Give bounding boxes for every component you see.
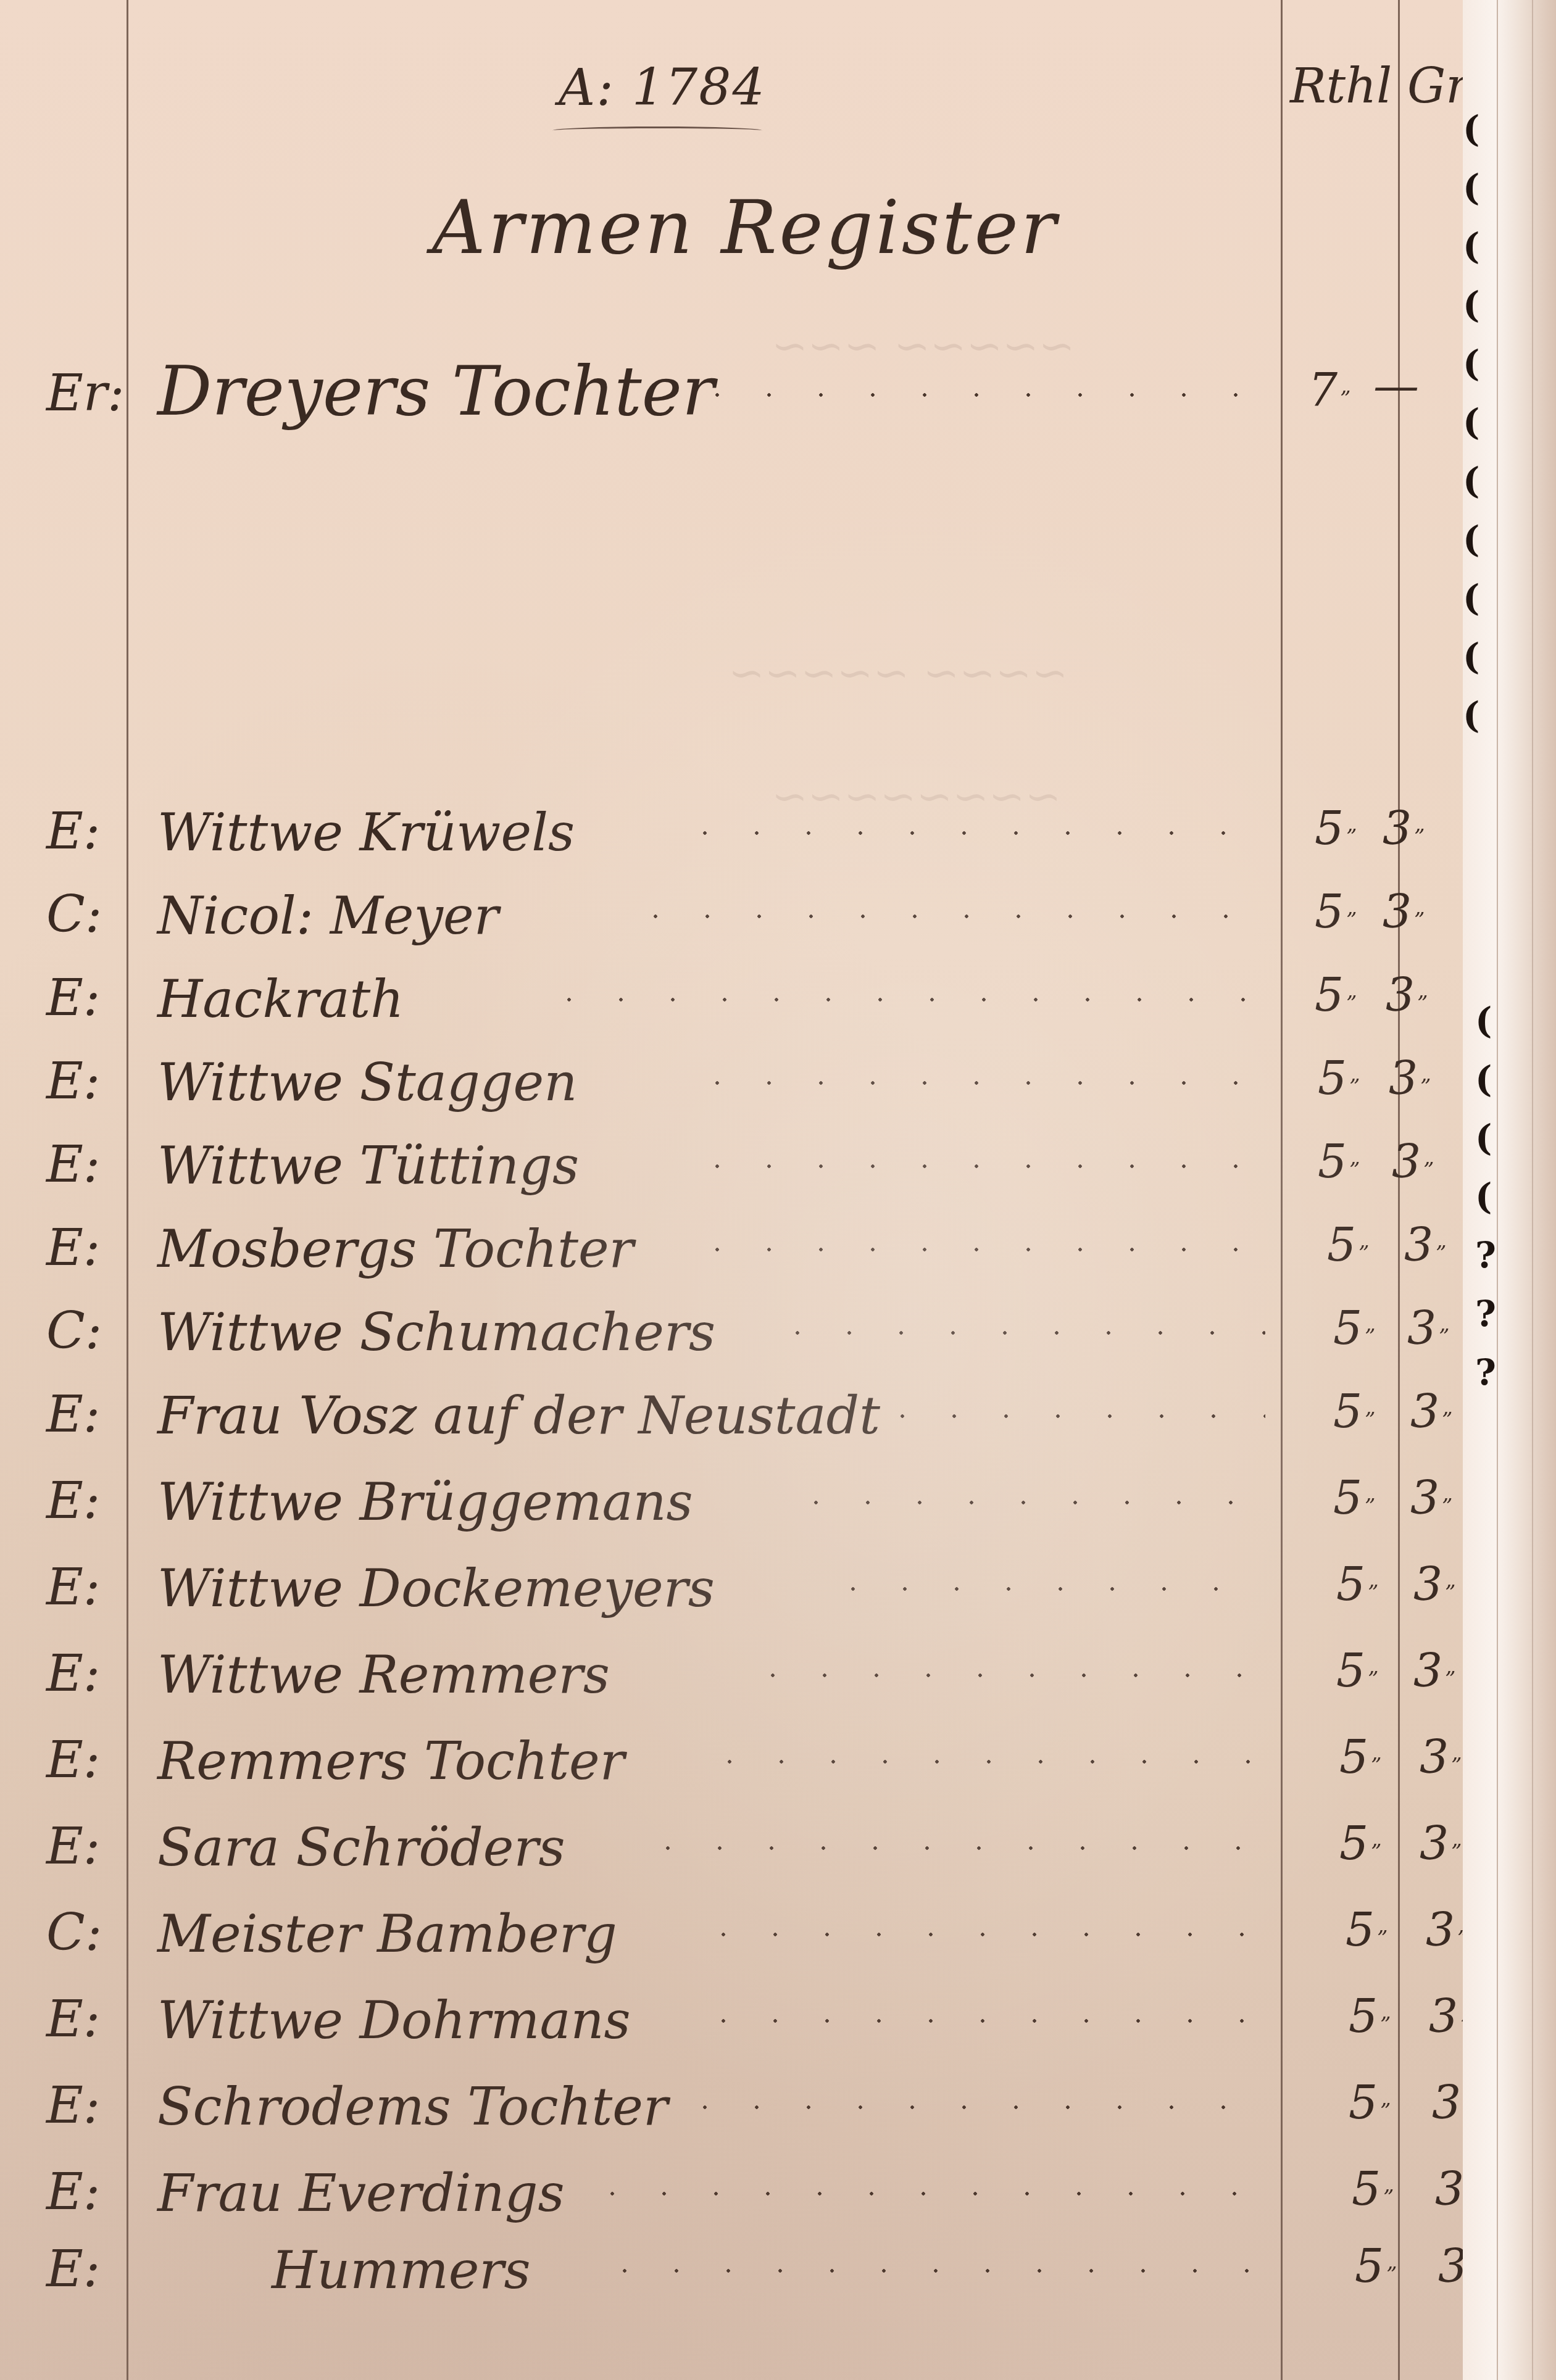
entry-name: Schrodems Tochter <box>157 2076 668 2137</box>
entry-rthl: 5” <box>1318 1135 1360 1188</box>
leader-dots <box>790 1500 1265 1505</box>
entry-name: Wittwe Dohrmans <box>157 1990 631 2050</box>
currency-column-heading: Rthl Gr <box>1290 59 1469 114</box>
adjacent-page-mark: ( <box>1463 111 1479 147</box>
entry-gr: 3” <box>1392 1135 1434 1188</box>
entry-name: Hummers <box>272 2240 531 2300</box>
entry-gr: 3” <box>1420 1731 1462 1784</box>
entry-prefix: C: <box>46 1904 102 1962</box>
entry-name: Sara Schröders <box>157 1817 565 1878</box>
entry-rthl: 7” <box>1308 364 1350 417</box>
entry-name: Wittwe Schumachers <box>157 1302 715 1362</box>
entry-name: Nicol: Meyer <box>157 885 499 946</box>
adjacent-page-mark: ( <box>1475 1061 1492 1097</box>
entry-rthl: 5” <box>1318 1052 1360 1105</box>
leader-dots <box>876 1414 1265 1419</box>
leader-dots <box>704 1759 1265 1764</box>
adjacent-page-mark: ( <box>1463 697 1479 733</box>
entry-prefix: E: <box>46 1385 101 1444</box>
entry-prefix: E: <box>46 1052 101 1111</box>
entry-rthl: 5” <box>1346 1904 1388 1957</box>
adjacent-page-mark: ( <box>1463 170 1479 205</box>
entry-prefix: Er: <box>46 364 125 423</box>
leader-dots <box>543 997 1265 1002</box>
entry-rthl: 5” <box>1315 802 1357 855</box>
entry-rthl: 5” <box>1336 1558 1378 1611</box>
adjacent-page-mark: ? <box>1475 1354 1496 1390</box>
entry-name: Frau Vosz auf der Neustadt <box>157 1385 880 1446</box>
entry-name: Mosbergs Tochter <box>157 1219 634 1279</box>
entry-gr: 3” <box>1407 1302 1449 1355</box>
adjacent-page-mark: ( <box>1463 228 1479 264</box>
leader-dots <box>691 392 1247 397</box>
entry-name: Frau Everdings <box>157 2163 565 2223</box>
entry-name: Wittwe Brüggemans <box>157 1472 693 1532</box>
page-title: Armen Register <box>432 185 1059 271</box>
entry-gr: 3” <box>1389 1052 1431 1105</box>
entry-rthl: 5” <box>1327 1219 1369 1272</box>
entry-gr: 3” <box>1413 1644 1455 1698</box>
adjacent-page-mark: ( <box>1475 1003 1492 1039</box>
entry-rthl: 5” <box>1339 1731 1381 1784</box>
leader-dots <box>691 1080 1265 1085</box>
adjacent-page-mark: ( <box>1463 521 1479 557</box>
adjacent-page-rule <box>1497 0 1498 2380</box>
leader-dots <box>599 2268 1265 2273</box>
leader-dots <box>691 1164 1265 1169</box>
entry-row: E:Remmers Tochter5”3” <box>0 1731 1463 1805</box>
entry-gr: 3” <box>1413 1558 1455 1611</box>
entry-gr: 3” <box>1404 1219 1446 1272</box>
entry-prefix: C: <box>46 885 102 944</box>
entry-row: E:Wittwe Brüggemans5”3” <box>0 1472 1463 1546</box>
year-heading: A: 1784 <box>559 59 766 117</box>
entry-rthl: 5” <box>1333 1472 1375 1525</box>
entry-row: E:Wittwe Staggen5”3” <box>0 1052 1463 1126</box>
entry-rthl: 5” <box>1333 1302 1375 1355</box>
adjacent-page-mark: ? <box>1475 1237 1496 1273</box>
leader-dots <box>772 1330 1265 1335</box>
entry-rthl: 5” <box>1349 1990 1391 2043</box>
entry-name: Wittwe Tüttings <box>157 1135 579 1196</box>
entry-row: C:Nicol: Meyer5”3” <box>0 885 1463 960</box>
leader-dots <box>679 831 1265 835</box>
entry-gr: 3” <box>1410 1472 1452 1525</box>
entry-gr: 3” <box>1383 885 1425 939</box>
entry-row: E:Wittwe Dohrmans5”3” <box>0 1990 1463 2064</box>
adjacent-page-mark: ( <box>1463 580 1479 616</box>
adjacent-page-mark: ( <box>1463 463 1479 499</box>
first-entry-row: Er: Dreyers Tochter 7” — <box>0 364 1463 438</box>
adjacent-page-edge: (((((((((((((((??? <box>1463 0 1556 2380</box>
entry-prefix: E: <box>46 1731 101 1789</box>
entry-name: Meister Bamberg <box>157 1904 617 1964</box>
entry-rthl: 5” <box>1352 2163 1394 2216</box>
year-underline <box>552 126 762 135</box>
ledger-page: ~~~~~ ~~~ ~~~~ ~~~~~ ~~~~~~~~ A: 1784 Ar… <box>0 0 1469 2380</box>
entry-prefix: E: <box>46 969 101 1027</box>
entry-row: E:Wittwe Dockemeyers5”3” <box>0 1558 1463 1632</box>
entry-name: Wittwe Staggen <box>157 1052 577 1113</box>
entry-prefix: C: <box>46 1302 102 1361</box>
entry-prefix: E: <box>46 2163 101 2221</box>
adjacent-page-mark: ( <box>1475 1179 1492 1214</box>
entry-row: C:Meister Bamberg5”3” <box>0 1904 1463 1978</box>
adjacent-page-mark: ? <box>1475 1296 1496 1332</box>
entry-rthl: 5” <box>1339 1817 1381 1870</box>
entry-prefix: E: <box>46 1135 101 1194</box>
leader-dots <box>691 1247 1265 1252</box>
entry-prefix: E: <box>46 802 101 861</box>
entry-row: E:Wittwe Krüwels5”3” <box>0 802 1463 876</box>
leader-dots <box>827 1586 1265 1591</box>
entry-prefix: E: <box>46 1558 101 1617</box>
entry-rthl: 5” <box>1355 2240 1397 2293</box>
entry-rthl: 5” <box>1336 1644 1378 1698</box>
entry-row: C:Wittwe Schumachers5”3” <box>0 1302 1463 1376</box>
adjacent-page-mark: ( <box>1463 287 1479 323</box>
leader-dots <box>697 2018 1265 2023</box>
entry-prefix: E: <box>46 1472 101 1530</box>
adjacent-page-mark: ( <box>1463 639 1479 674</box>
leader-dots <box>747 1673 1265 1678</box>
entry-gr: 3” <box>1420 1817 1462 1870</box>
entry-gr: 3” <box>1410 1385 1452 1438</box>
entry-prefix: E: <box>46 2240 101 2299</box>
entry-name: Wittwe Remmers <box>157 1644 610 1705</box>
entry-row: E:Mosbergs Tochter5”3” <box>0 1219 1463 1293</box>
adjacent-page-mark: ( <box>1463 404 1479 440</box>
entry-rthl: 5” <box>1315 969 1357 1022</box>
entry-prefix: E: <box>46 1219 101 1277</box>
entry-gr: 3” <box>1386 969 1428 1022</box>
entry-row: E:Wittwe Remmers5”3” <box>0 1644 1463 1719</box>
adjacent-page-mark: ( <box>1463 346 1479 381</box>
entry-prefix: E: <box>46 1817 101 1876</box>
leader-dots <box>642 1846 1265 1851</box>
entry-name: Hackrath <box>157 969 404 1029</box>
adjacent-page-rule <box>1532 0 1533 2380</box>
entry-row: E:Sara Schröders5”3” <box>0 1817 1463 1891</box>
entry-row: E:Hummers5”3” <box>0 2240 1463 2314</box>
entry-gr: 3” <box>1426 1904 1468 1957</box>
entry-rthl: 5” <box>1349 2076 1391 2129</box>
entry-row: E:Schrodems Tochter5”3” <box>0 2076 1463 2150</box>
leader-dots <box>697 1932 1265 1937</box>
entry-gr: — <box>1373 359 1419 412</box>
entry-gr: 3” <box>1383 802 1425 855</box>
entry-rthl: 5” <box>1315 885 1357 939</box>
entry-name: Wittwe Krüwels <box>157 802 575 863</box>
bleed-through-text: ~~~~ ~~~~~ <box>728 648 1068 699</box>
entry-prefix: E: <box>46 2076 101 2135</box>
entry-name: Dreyers Tochter <box>157 352 715 431</box>
leader-dots <box>630 914 1265 919</box>
entry-row: E:Frau Vosz auf der Neustadt5”3” <box>0 1385 1463 1459</box>
entry-name: Wittwe Dockemeyers <box>157 1558 715 1619</box>
entry-rthl: 5” <box>1333 1385 1375 1438</box>
entry-name: Remmers Tochter <box>157 1731 625 1791</box>
leader-dots <box>586 2191 1265 2196</box>
entry-row: E:Hackrath5”3” <box>0 969 1463 1043</box>
leader-dots <box>679 2105 1265 2110</box>
entry-prefix: E: <box>46 1644 101 1703</box>
entry-row: E:Frau Everdings5”3” <box>0 2163 1463 2237</box>
adjacent-page-mark: ( <box>1475 1120 1492 1156</box>
entry-row: E:Wittwe Tüttings5”3” <box>0 1135 1463 1209</box>
entry-prefix: E: <box>46 1990 101 2049</box>
